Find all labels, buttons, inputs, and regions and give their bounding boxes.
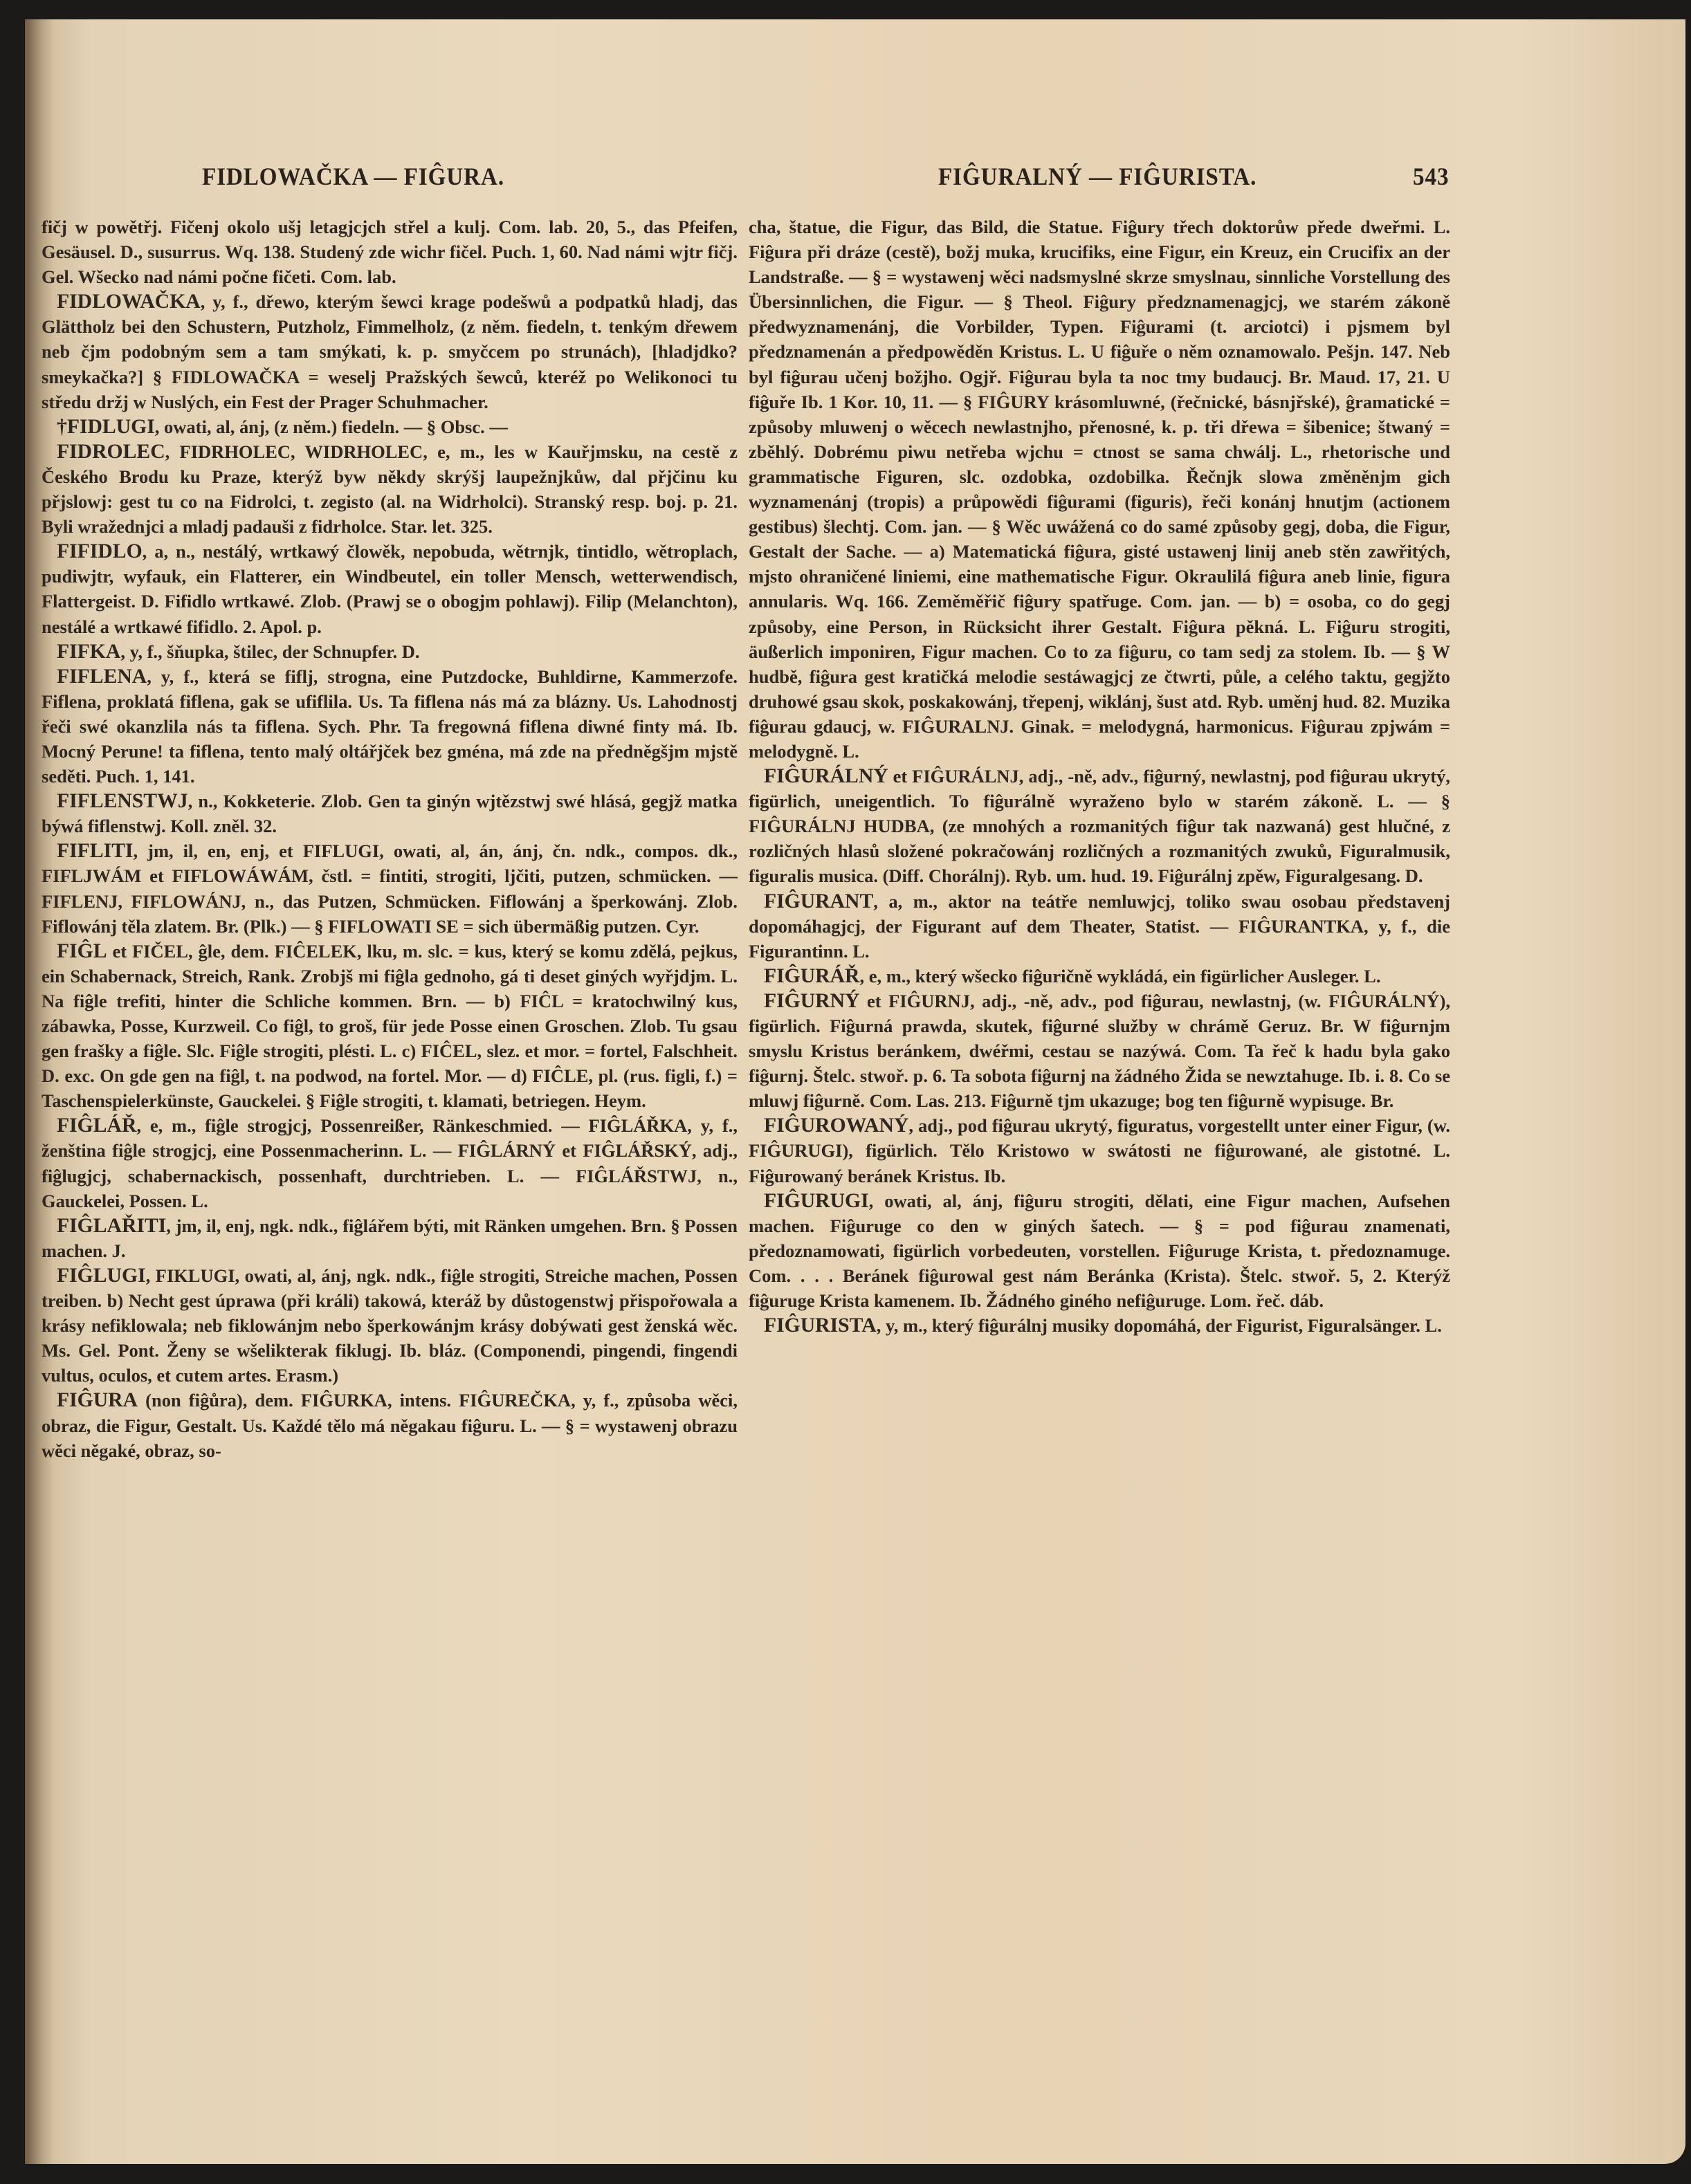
entry-headword: FIFIDLO <box>57 540 143 562</box>
dictionary-entry: FIĜURISTA, y, m., který fiĝurálnj musiky… <box>749 1313 1450 1338</box>
entry-body: , e, m., fiĝle strogjcj, Possenreißer, R… <box>42 1115 738 1211</box>
entry-headword: FIĜUROWANÝ <box>764 1114 908 1137</box>
dictionary-entry: FIFKA, y, f., šňupka, štilec, der Schnup… <box>42 639 738 664</box>
dictionary-entry: FIĜLUGI, FIKLUGI, owati, al, ánj, ngk. n… <box>42 1263 738 1388</box>
entry-body: , e, m., který wšecko fiĝuričně wykládá,… <box>859 966 1380 987</box>
dictionary-entry: FIDROLEC, FIDRHOLEC, WIDRHOLEC, e, m., l… <box>42 439 738 539</box>
entry-headword: FIĜURNÝ <box>764 990 859 1012</box>
dictionary-entry: FIĜLAŘITI, jm, il, enj, ngk. ndk., fiĝlá… <box>42 1213 738 1263</box>
entry-body: cha, štatue, die Figur, das Bild, die St… <box>749 217 1450 762</box>
dictionary-entry: FIĜURUGI, owati, al, ánj, fiĝuru strogit… <box>749 1189 1450 1313</box>
entry-body: , owati, al, ánj, (z něm.) fiedeln. — § … <box>155 416 508 437</box>
dictionary-entry: FIDLOWAČKA, y, f., dřewo, kterým šewci k… <box>42 289 738 414</box>
entry-body: , y, m., který fiĝurálnj musiky dopomáhá… <box>877 1315 1442 1336</box>
entry-body: et FIČEL, ĝle, dem. FIĈELEK, lku, m. slc… <box>42 941 738 1112</box>
dictionary-entry: FIĜURANT, a, m., aktor na teátře nemluwj… <box>749 889 1450 964</box>
right-running-head: FIĜURALNÝ — FIĜURISTA. <box>938 162 1256 191</box>
entry-headword: FIĜURÁLNÝ <box>764 765 888 787</box>
entry-headword: FIĜLÁŘ <box>57 1114 136 1137</box>
dictionary-entry: FIĜURÁLNÝ et FIĜURÁLNJ, adj., -ně, adv.,… <box>749 764 1450 888</box>
entry-headword: FIFLENSTWJ <box>57 790 188 812</box>
entry-body: , a, n., nestálý, wrtkawý člowěk, nepobu… <box>42 541 738 636</box>
dictionary-entry: FIĜL et FIČEL, ĝle, dem. FIĈELEK, lku, m… <box>42 939 738 1114</box>
entry-headword: FIĜURA <box>57 1389 138 1411</box>
entry-headword: FIFLITI <box>57 840 133 862</box>
dictionary-entry: FIĜLÁŘ, e, m., fiĝle strogjcj, Possenrei… <box>42 1113 738 1213</box>
continued-entry: cha, štatue, die Figur, das Bild, die St… <box>749 214 1450 764</box>
entry-headword: FIĜURISTA <box>764 1314 877 1337</box>
dictionary-entry: FIĜUROWANÝ, adj., pod fiĝurau ukrytý, fi… <box>749 1113 1450 1188</box>
entry-headword: †FIDLUGI <box>57 416 155 438</box>
right-column: cha, štatue, die Figur, das Bild, die St… <box>749 214 1450 1338</box>
left-running-head: FIDLOWAČKA — FIĜURA. <box>202 162 504 191</box>
entry-body: , jm, il, en, enj, et FIFLUGI, owati, al… <box>42 841 738 936</box>
page-number: 543 <box>1413 162 1449 191</box>
dictionary-entry: FIFIDLO, a, n., nestálý, wrtkawý člowěk,… <box>42 539 738 639</box>
dictionary-entry: FIĜURÁŘ, e, m., který wšecko fiĝuričně w… <box>749 964 1450 989</box>
left-column: fičj w powětřj. Fičenj okolo ušj letagjc… <box>42 214 738 1463</box>
entry-body: , FIKLUGI, owati, al, ánj, ngk. ndk., fi… <box>42 1265 738 1386</box>
entry-headword: FIĜLAŘITI <box>57 1215 166 1237</box>
entry-headword: FIFKA <box>57 641 120 663</box>
entry-body: , y, f., šňupka, štilec, der Schnupfer. … <box>120 641 419 662</box>
entry-headword: FIĜURUGI <box>764 1190 869 1212</box>
entry-headword: FIĜURANT <box>764 890 873 912</box>
entry-headword: FIĜL <box>57 940 107 962</box>
dictionary-entry: FIĜURNÝ et FIĜURNJ, adj., -ně, adv., pod… <box>749 989 1450 1113</box>
dictionary-page: FIDLOWAČKA — FIĜURA. FIĜURALNÝ — FIĜURIS… <box>25 19 1685 2164</box>
dictionary-entry: FIĜURA (non fiĝůra), dem. FIĜURKA, inten… <box>42 1388 738 1462</box>
entry-headword: FIĜLUGI <box>57 1265 146 1287</box>
entry-body: fičj w powětřj. Fičenj okolo ušj letagjc… <box>42 217 738 287</box>
dictionary-entry: †FIDLUGI, owati, al, ánj, (z něm.) fiede… <box>42 414 738 439</box>
entry-headword: FIĜURÁŘ <box>764 965 859 987</box>
entry-headword: FIDROLEC <box>57 441 165 463</box>
continued-entry: fičj w powětřj. Fičenj okolo ušj letagjc… <box>42 214 738 289</box>
entry-headword: FIFLENA <box>57 666 147 688</box>
dictionary-entry: FIFLITI, jm, il, en, enj, et FIFLUGI, ow… <box>42 838 738 938</box>
dictionary-entry: FIFLENSTWJ, n., Kokketerie. Zlob. Gen ta… <box>42 789 738 838</box>
dictionary-entry: FIFLENA, y, f., která se fiflj, strogna,… <box>42 664 738 789</box>
entry-headword: FIDLOWAČKA <box>57 291 201 313</box>
entry-body: (non fiĝůra), dem. FIĜURKA, intens. FIĜU… <box>42 1390 738 1460</box>
